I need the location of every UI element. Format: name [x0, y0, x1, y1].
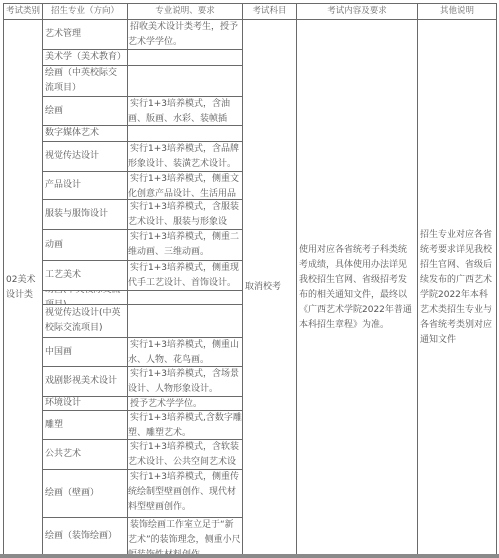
major-cell: 雕塑 [42, 410, 128, 440]
major-description-cell: 实行1+3培养模式，侧重文化创意产品设计、生活用品设计。 [127, 171, 243, 200]
major-cell-text: 绘画（中英校际交流项目） [43, 66, 127, 96]
major-cell: 戏剧影视美术设计 [42, 366, 128, 397]
major-cell-text: 绘画（装饰绘画） [43, 529, 119, 544]
major-description-cell: 实行1+3培养模式，侧重现代手工艺设计、首饰设计。 [127, 260, 243, 291]
header-exam-content: 考试内容及要求 [296, 3, 418, 20]
major-cell-text: 动画 [43, 238, 65, 253]
major-description-cell: 实行1+3培养模式，含品牌形象设计、装潢艺术设计。 [127, 141, 243, 172]
header-major-text: 招生专业（方向） [49, 6, 121, 16]
admissions-table: 考试类别招生专业（方向）专业说明、要求考试科目考试内容及要求其他说明02美术设计… [3, 3, 496, 555]
major-cell: 环境设计 [42, 396, 128, 411]
major-description-cell-text: 装饰绘画工作室立足于“新艺术”的装饰理念，侧重小尺幅装饰性材料创作。 [128, 520, 241, 556]
major-cell-text: 公共艺术 [43, 447, 83, 462]
major-description-cell-text [128, 128, 132, 138]
major-description-cell-text: 实行1+3培养模式，侧重二维动画、三维动画。 [128, 232, 239, 257]
major-description-cell [127, 49, 243, 66]
major-cell-text: 动画(中英校际交流项目) [43, 290, 127, 305]
header-exam-content-text: 考试内容及要求 [325, 6, 389, 16]
major-description-cell: 实行1+3培养模式，含软装艺术设计、公共空间艺术设计。 [127, 439, 243, 470]
exam-content-cell-text: 使用对应各省统考子科类统考成绩，具体使用办法详见我校招生官网、省级招考发布的相关… [297, 243, 417, 333]
major-description-cell: 实行1+3培养模式，含场景设计、人物形象设计。 [127, 366, 243, 397]
exam-category-cell: 02美术设计类 [3, 19, 43, 556]
header-exam-subject: 考试科目 [242, 3, 297, 20]
major-description-cell-text: 实行1+3培养模式，含品牌形象设计、装潢艺术设计。 [128, 144, 239, 169]
major-cell: 工艺美术 [42, 260, 128, 291]
major-description-cell [127, 125, 243, 142]
major-cell-text: 视觉传达设计(中英校际交流项目) [43, 306, 127, 336]
major-description-cell-text: 授予艺术学学位。 [128, 399, 204, 409]
major-cell: 动画 [42, 229, 128, 261]
major-description-cell: 实行1+3培养模式，侧重二维动画、三维动画。 [127, 229, 243, 261]
major-cell: 艺术管理 [42, 19, 128, 50]
major-cell: 中国画 [42, 337, 128, 367]
major-cell: 公共艺术 [42, 439, 128, 470]
major-description-cell [127, 304, 243, 338]
header-major-description: 专业说明、要求 [127, 3, 243, 20]
major-description-cell-text: 实行1+3培养模式，侧重文化创意产品设计、生活用品设计。 [128, 174, 239, 200]
major-cell-text: 中国画 [43, 345, 74, 360]
major-cell: 绘画 [42, 96, 128, 126]
major-description-cell: 实行1+3培养模式,含数字雕塑、雕塑艺术。 [127, 410, 243, 440]
major-cell: 绘画（中英校际交流项目） [42, 65, 128, 97]
major-cell-text: 数字媒体艺术 [43, 126, 101, 141]
exam-category-cell-text: 02美术设计类 [4, 273, 42, 303]
major-description-cell-text [128, 68, 132, 78]
major-cell-text: 艺术管理 [43, 27, 83, 42]
exam-subject-cell: 取消校考 [242, 19, 297, 556]
exam-content-cell: 使用对应各省统考子科类统考成绩，具体使用办法详见我校招生官网、省级招考发布的相关… [296, 19, 418, 556]
major-cell: 数字媒体艺术 [42, 125, 128, 142]
major-cell-text: 绘画 [43, 104, 65, 119]
major-cell-text: 环境设计 [43, 396, 83, 411]
major-cell: 绘画（装饰绘画） [42, 517, 128, 556]
major-cell-text: 工艺美术 [43, 268, 83, 283]
page-bottom-edge [0, 554, 499, 558]
major-description-cell-text: 实行1+3培养模式,含数字雕塑、雕塑艺术。 [128, 413, 242, 438]
major-cell-text: 视觉传达设计 [43, 149, 101, 164]
major-description-cell-text: 实行1+3培养模式，侧重现代手工艺设计、首饰设计。 [128, 263, 239, 288]
major-description-cell-text: 实行1+3培养模式，含软装艺术设计、公共空间艺术设计。 [128, 442, 239, 470]
major-cell-text: 绘画（壁画） [43, 486, 101, 501]
major-description-cell-text [128, 307, 132, 317]
major-cell-text: 服装与服饰设计 [43, 207, 110, 222]
major-cell: 视觉传达设计 [42, 141, 128, 172]
major-description-cell-text [128, 52, 132, 62]
other-notes-cell-text: 招生专业对应各省统考要求详见我校招生官网、省级后续发布的广西艺术学院2022年本… [418, 228, 496, 348]
other-notes-cell: 招生专业对应各省统考要求详见我校招生官网、省级后续发布的广西艺术学院2022年本… [417, 19, 497, 556]
major-cell: 产品设计 [42, 171, 128, 200]
major-cell: 视觉传达设计(中英校际交流项目) [42, 304, 128, 338]
major-description-cell [127, 65, 243, 97]
major-cell: 服装与服饰设计 [42, 199, 128, 230]
major-cell: 美术学（美术教育） [42, 49, 128, 66]
major-description-cell-text: 实行1+3培养模式，含服装艺术设计、服装与形象设计。 [128, 202, 239, 230]
major-cell-text: 美术学（美术教育） [43, 50, 127, 65]
major-cell-text: 雕塑 [43, 418, 65, 433]
major-description-cell: 装饰绘画工作室立足于“新艺术”的装饰理念，侧重小尺幅装饰性材料创作。 [127, 517, 243, 556]
major-description-cell: 实行1+3培养模式，侧重传统绘制型壁画创作、现代材料型壁画创作。 [127, 469, 243, 518]
major-description-cell [127, 290, 243, 305]
major-cell: 绘画（壁画） [42, 469, 128, 518]
header-exam-subject-text: 考试科目 [250, 6, 288, 16]
header-other-notes: 其他说明 [417, 3, 497, 20]
major-description-cell-text: 招收美术设计类考生，授予艺术学学位。 [128, 22, 238, 47]
major-description-cell-text: 实行1+3培养模式，含场景设计、人物形象设计。 [128, 369, 239, 394]
major-cell-text: 产品设计 [43, 178, 83, 193]
major-description-cell-text: 实行1+3培养模式，含油画、版画、水彩、装帧插图、实验艺术。 [128, 99, 230, 126]
header-exam-category-text: 考试类别 [4, 6, 42, 16]
major-description-cell: 实行1+3培养模式，含服装艺术设计、服装与形象设计。 [127, 199, 243, 230]
major-description-cell: 实行1+3培养模式，含油画、版画、水彩、装帧插图、实验艺术。 [127, 96, 243, 126]
major-cell: 动画(中英校际交流项目) [42, 290, 128, 305]
header-other-notes-text: 其他说明 [438, 6, 476, 16]
major-cell-text: 戏剧影视美术设计 [43, 374, 119, 389]
major-description-cell: 实行1+3培养模式，侧重山水、人物、花鸟画。 [127, 337, 243, 367]
header-major: 招生专业（方向） [42, 3, 128, 20]
major-description-cell-text: 实行1+3培养模式，侧重传统绘制型壁画创作、现代材料型壁画创作。 [128, 472, 239, 512]
exam-subject-cell-text: 取消校考 [243, 280, 283, 295]
header-major-description-text: 专业说明、要求 [153, 6, 217, 16]
major-description-cell-text [128, 293, 132, 303]
major-description-cell-text: 实行1+3培养模式，侧重山水、人物、花鸟画。 [128, 340, 239, 365]
header-exam-category: 考试类别 [3, 3, 43, 20]
major-description-cell: 授予艺术学学位。 [127, 396, 243, 411]
major-description-cell: 招收美术设计类考生，授予艺术学学位。 [127, 19, 243, 50]
